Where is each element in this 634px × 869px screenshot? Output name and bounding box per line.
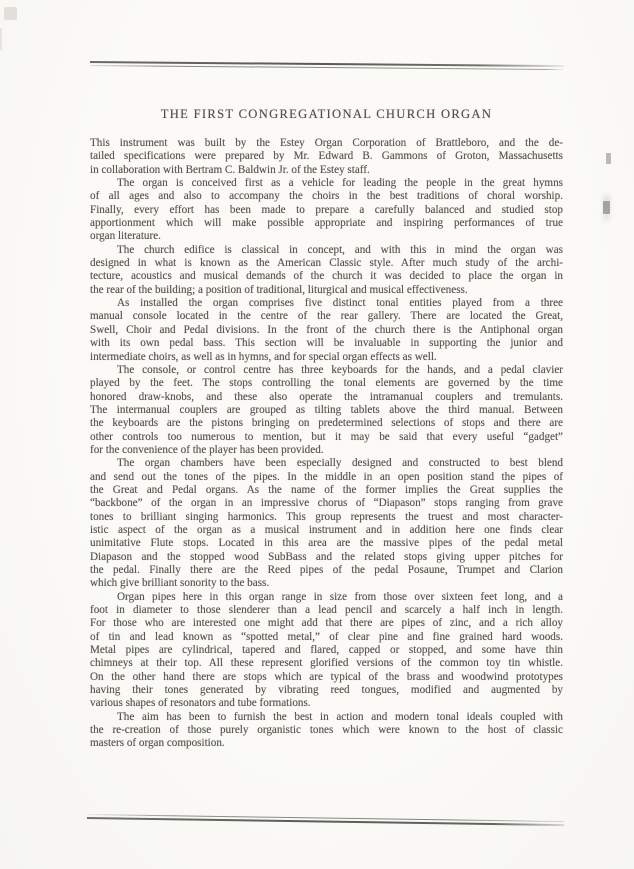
- text-line: with its own pedal bass. This section wi…: [90, 337, 563, 350]
- scan-streak-left-edge: [0, 28, 2, 50]
- text-line: Organ pipes here in this organ range in …: [90, 591, 563, 604]
- text-line: The organ chambers have been especially …: [90, 457, 563, 470]
- text-line: tones to brilliant singing harmonics. Th…: [90, 511, 563, 524]
- text-line: and send out the tones of the pipes. In …: [90, 471, 563, 484]
- text-line: The console, or control centre has three…: [90, 364, 563, 377]
- text-line: On the other hand there are stops which …: [90, 671, 563, 684]
- text-line: “backbone” of the organ in an impressive…: [90, 497, 563, 510]
- page-title: THE FIRST CONGREGATIONAL CHURCH ORGAN: [90, 107, 563, 122]
- text-line: Swell, Choir and Pedal divisions. In the…: [90, 324, 563, 337]
- text-line: intermediate choirs, as well as in hymns…: [90, 351, 563, 364]
- text-line: manual console located in the centre of …: [90, 310, 563, 323]
- text-line: played by the feet. The stops controllin…: [90, 377, 563, 390]
- text-line: organ literature.: [90, 230, 563, 243]
- top-double-rule: [90, 61, 564, 70]
- text-line: This instrument was built by the Estey O…: [90, 137, 563, 150]
- document-body: This instrument was built by the Estey O…: [90, 137, 563, 751]
- text-line: the pedal. Finally there are the Reed pi…: [90, 564, 563, 577]
- text-line: apportionment which will make possible a…: [90, 217, 563, 230]
- text-line: The aim has been to furnish the best in …: [90, 711, 563, 724]
- text-line: honored draw-knobs, and these also opera…: [90, 391, 563, 404]
- text-line: of tin and lead known as “spotted metal,…: [90, 631, 563, 644]
- text-line: Metal pipes are cylindrical, tapered and…: [90, 644, 563, 657]
- text-line: As installed the organ comprises five di…: [90, 297, 563, 310]
- text-line: The organ is conceived first as a vehicl…: [90, 177, 563, 190]
- text-line: various shapes of resonators and tube fo…: [90, 697, 563, 710]
- text-line: the re-creation of those purely organist…: [90, 724, 563, 737]
- bottom-double-rule: [87, 814, 564, 826]
- text-line: The intermanual couplers are grouped as …: [90, 404, 563, 417]
- text-line: masters of organ composition.: [90, 737, 563, 750]
- text-line: which give brilliant sonority to the bas…: [90, 577, 563, 590]
- scan-mark-right-margin-2: [603, 201, 610, 214]
- text-line: chimneys at their top. All these represe…: [90, 657, 563, 670]
- text-line: tecture, acoustics and musical demands o…: [90, 270, 563, 283]
- text-line: for the convenience of the player has be…: [90, 444, 563, 457]
- text-line: the Great and Pedal organs. As the name …: [90, 484, 563, 497]
- text-line: For those who are interested one might a…: [90, 617, 563, 630]
- text-line: of all ages and also to accompany the ch…: [90, 190, 563, 203]
- text-line: the keyboards are the pistons bringing o…: [90, 417, 563, 430]
- scan-smudge-top-left: [4, 7, 17, 20]
- text-line: foot in diameter to those slenderer than…: [90, 604, 563, 617]
- scanned-page: THE FIRST CONGREGATIONAL CHURCH ORGAN Th…: [0, 0, 634, 869]
- text-line: designed in what is known as the America…: [90, 257, 563, 270]
- text-line: the rear of the building; a position of …: [90, 284, 563, 297]
- text-line: Diapason and the stopped wood SubBass an…: [90, 551, 563, 564]
- text-line: Finally, every effort has been made to p…: [90, 204, 563, 217]
- text-line: unimitative Flute stops. Located in this…: [90, 537, 563, 550]
- text-line: having their tones generated by vibratin…: [90, 684, 563, 697]
- text-line: The church edifice is classical in conce…: [90, 244, 563, 257]
- text-line: in collaboration with Bertram C. Baldwin…: [90, 164, 563, 177]
- text-line: tailed specifications were prepared by M…: [90, 150, 563, 163]
- text-line: istic aspect of the organ as a musical i…: [90, 524, 563, 537]
- text-line: other controls too numerous to mention, …: [90, 431, 563, 444]
- scan-mark-right-margin-1: [606, 153, 611, 164]
